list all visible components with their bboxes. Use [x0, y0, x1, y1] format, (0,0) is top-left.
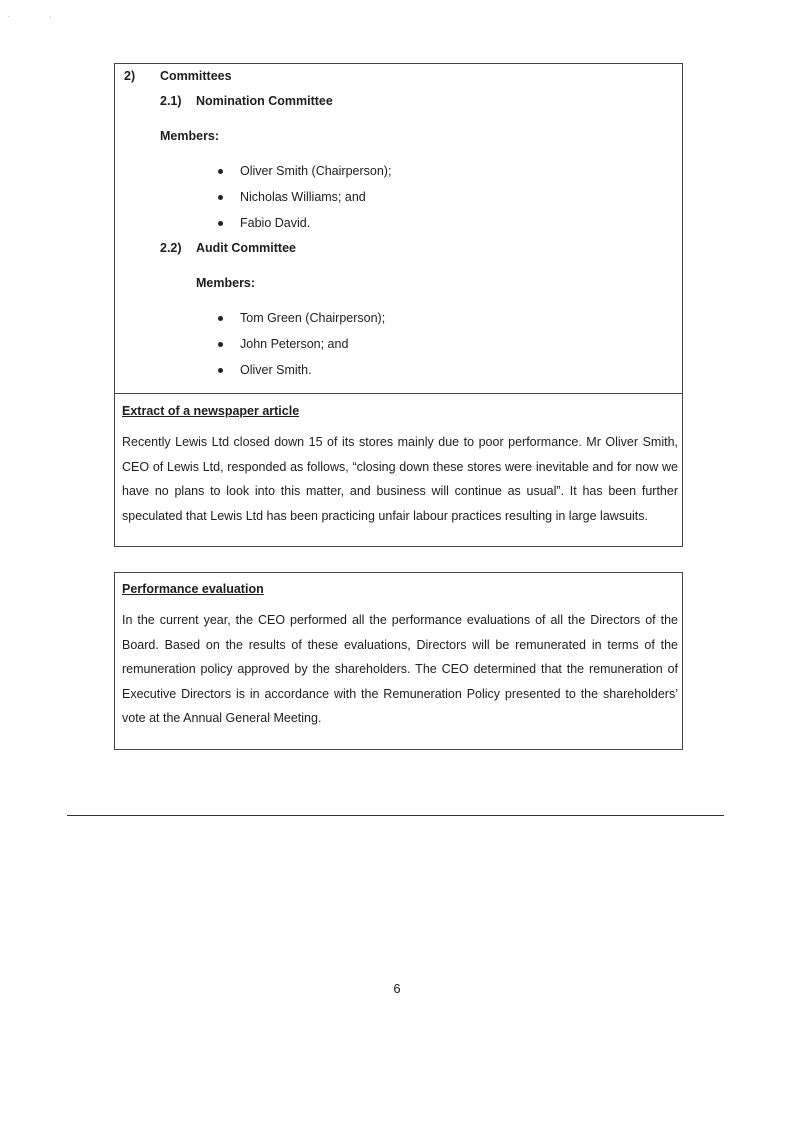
- nomination-committee-title: Nomination Committee: [196, 94, 333, 108]
- bullet-icon: [218, 169, 223, 174]
- members-label: Members:: [160, 129, 219, 143]
- bullet-icon: [218, 221, 223, 226]
- committees-section: 2) Committees 2.1) Nomination Committee …: [114, 63, 683, 394]
- performance-paragraph: In the current year, the CEO performed a…: [122, 608, 678, 731]
- subsection-number: 2.1): [160, 94, 182, 108]
- bullet-icon: [218, 368, 223, 373]
- members-label: Members:: [196, 276, 255, 290]
- performance-heading: Performance evaluation: [122, 582, 264, 596]
- bullet-icon: [218, 316, 223, 321]
- newspaper-extract-section: Extract of a newspaper article Recently …: [114, 393, 683, 547]
- section-title: Committees: [160, 69, 232, 83]
- newspaper-heading: Extract of a newspaper article: [122, 404, 299, 418]
- page-number: 6: [0, 981, 794, 996]
- newspaper-paragraph: Recently Lewis Ltd closed down 15 of its…: [122, 430, 678, 528]
- subsection-number: 2.2): [160, 241, 182, 255]
- footer-divider: [67, 815, 724, 816]
- section-number: 2): [124, 69, 135, 83]
- bullet-icon: [218, 195, 223, 200]
- bullet-icon: [218, 342, 223, 347]
- performance-evaluation-section: Performance evaluation In the current ye…: [114, 572, 683, 750]
- audit-committee-title: Audit Committee: [196, 241, 296, 255]
